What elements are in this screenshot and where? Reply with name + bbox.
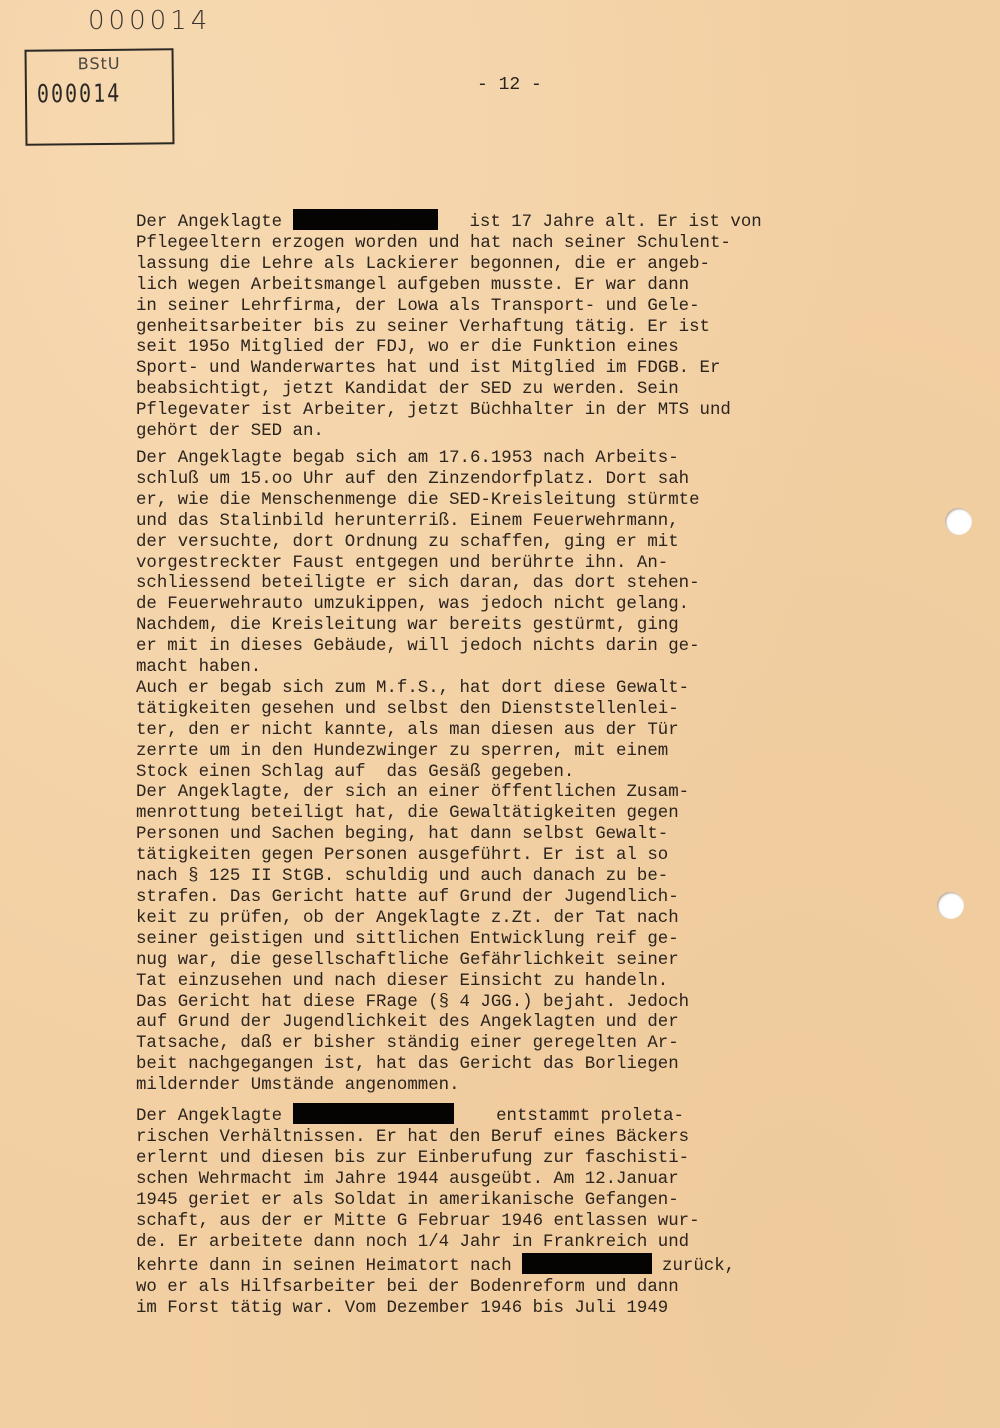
text-line: tätigkeiten gesehen und selbst den Diens… (136, 700, 876, 721)
text-line: kehrte dann in seinen Heimatort nach zur… (136, 1253, 876, 1278)
punch-hole (937, 892, 964, 919)
text-line: beit nachgegangen ist, hat das Gericht d… (136, 1055, 876, 1076)
text-line: Pflegeeltern erzogen worden und hat nach… (136, 234, 876, 255)
text-line: vorgestreckter Faust entgegen und berühr… (136, 554, 876, 575)
paragraph: Der Angeklagte begab sich am 17.6.1953 n… (136, 449, 876, 1097)
text-line: Pflegevater ist Arbeiter, jetzt Büchhalt… (136, 401, 876, 422)
text-line: Auch er begab sich zum M.f.S., hat dort … (136, 679, 876, 700)
text-line: 1945 geriet er als Soldat in amerikanisc… (136, 1191, 876, 1212)
text-line: schaft, aus der er Mitte G Februar 1946 … (136, 1212, 876, 1233)
text-line: de. Er arbeitete dann noch 1/4 Jahr in F… (136, 1233, 876, 1254)
text-line: Tat einzusehen und nach dieser Einsicht … (136, 972, 876, 993)
text-line: nach § 125 II StGB. schuldig und auch da… (136, 867, 876, 888)
stamp-number: 000014 (37, 78, 122, 109)
text-line: seiner geistigen und sittlichen Entwickl… (136, 930, 876, 951)
text-line: genheitsarbeiter bis zu seiner Verhaftun… (136, 318, 876, 339)
text-line: schliessend beteiligte er sich daran, da… (136, 574, 876, 595)
text-line: lassung die Lehre als Lackierer begonnen… (136, 255, 876, 276)
text-line: schen Wehrmacht im Jahre 1944 ausgeübt. … (136, 1170, 876, 1191)
text-line: Personen und Sachen beging, hat dann sel… (136, 825, 876, 846)
redaction-bar (522, 1253, 651, 1274)
text-line: Der Angeklagte, der sich an einer öffent… (136, 783, 876, 804)
text-line: Der Angeklagte ist 17 Jahre alt. Er ist … (136, 209, 876, 234)
text-line: der versuchte, dort Ordnung zu schaffen,… (136, 533, 876, 554)
text-line: seit 195o Mitglied der FDJ, wo er die Fu… (136, 338, 876, 359)
text-line: beabsichtigt, jetzt Kandidat der SED zu … (136, 380, 876, 401)
text-line: macht haben. (136, 658, 876, 679)
text-line: erlernt und diesen bis zur Einberufung z… (136, 1149, 876, 1170)
text-line: Tatsache, daß er bisher ständig einer ge… (136, 1034, 876, 1055)
text-line: gehört der SED an. (136, 422, 876, 443)
text-line: in seiner Lehrfirma, der Lowa als Transp… (136, 297, 876, 318)
text-line: nug war, die gesellschaftliche Gefährlic… (136, 951, 876, 972)
redaction-bar (293, 209, 439, 230)
archive-stamp: BStU 000014 (25, 48, 175, 146)
text-line: tätigkeiten gegen Personen ausgeführt. E… (136, 846, 876, 867)
text-line: er mit in dieses Gebäude, will jedoch ni… (136, 637, 876, 658)
text-line: schluß um 15.oo Uhr auf den Zinzendorfpl… (136, 470, 876, 491)
text-line: strafen. Das Gericht hatte auf Grund der… (136, 888, 876, 909)
text-line: Das Gericht hat diese FRage (§ 4 JGG.) b… (136, 993, 876, 1014)
text-line: er, wie die Menschenmenge die SED-Kreisl… (136, 491, 876, 512)
text-line: menrottung beteiligt hat, die Gewaltätig… (136, 804, 876, 825)
text-line: rischen Verhältnissen. Er hat den Beruf … (136, 1128, 876, 1149)
document-body: Der Angeklagte ist 17 Jahre alt. Er ist … (136, 209, 876, 1320)
text-line: ter, den er nicht kannte, als man diesen… (136, 721, 876, 742)
punch-hole (945, 508, 972, 535)
text-line: im Forst tätig war. Vom Dezember 1946 bi… (136, 1299, 876, 1320)
text-line: wo er als Hilfsarbeiter bei der Bodenref… (136, 1278, 876, 1299)
text-line: Stock einen Schlag auf das Gesäß gegeben… (136, 763, 876, 784)
text-line: zerrte um in den Hundezwinger zu sperren… (136, 742, 876, 763)
text-line: Nachdem, die Kreisleitung war bereits ge… (136, 616, 876, 637)
text-line: de Feuerwehrauto umzukippen, was jedoch … (136, 595, 876, 616)
text-line: lich wegen Arbeitsmangel aufgeben musste… (136, 276, 876, 297)
text-line: Der Angeklagte begab sich am 17.6.1953 n… (136, 449, 876, 470)
text-line: auf Grund der Jugendlichkeit des Angekla… (136, 1013, 876, 1034)
archive-number: 000014 (88, 6, 211, 36)
paragraph: Der Angeklagte ist 17 Jahre alt. Er ist … (136, 209, 876, 443)
redaction-bar (293, 1103, 455, 1124)
stamp-label: BStU (27, 53, 172, 74)
text-line: und das Stalinbild herunterriß. Einem Fe… (136, 512, 876, 533)
text-line: Der Angeklagte entstammt proleta- (136, 1103, 876, 1128)
text-line: Sport- und Wanderwartes hat und ist Mitg… (136, 359, 876, 380)
paragraph: Der Angeklagte entstammt proleta-rischen… (136, 1103, 876, 1320)
text-line: mildernder Umstände angenommen. (136, 1076, 876, 1097)
text-line: keit zu prüfen, ob der Angeklagte z.Zt. … (136, 909, 876, 930)
page-number: - 12 - (477, 75, 542, 95)
